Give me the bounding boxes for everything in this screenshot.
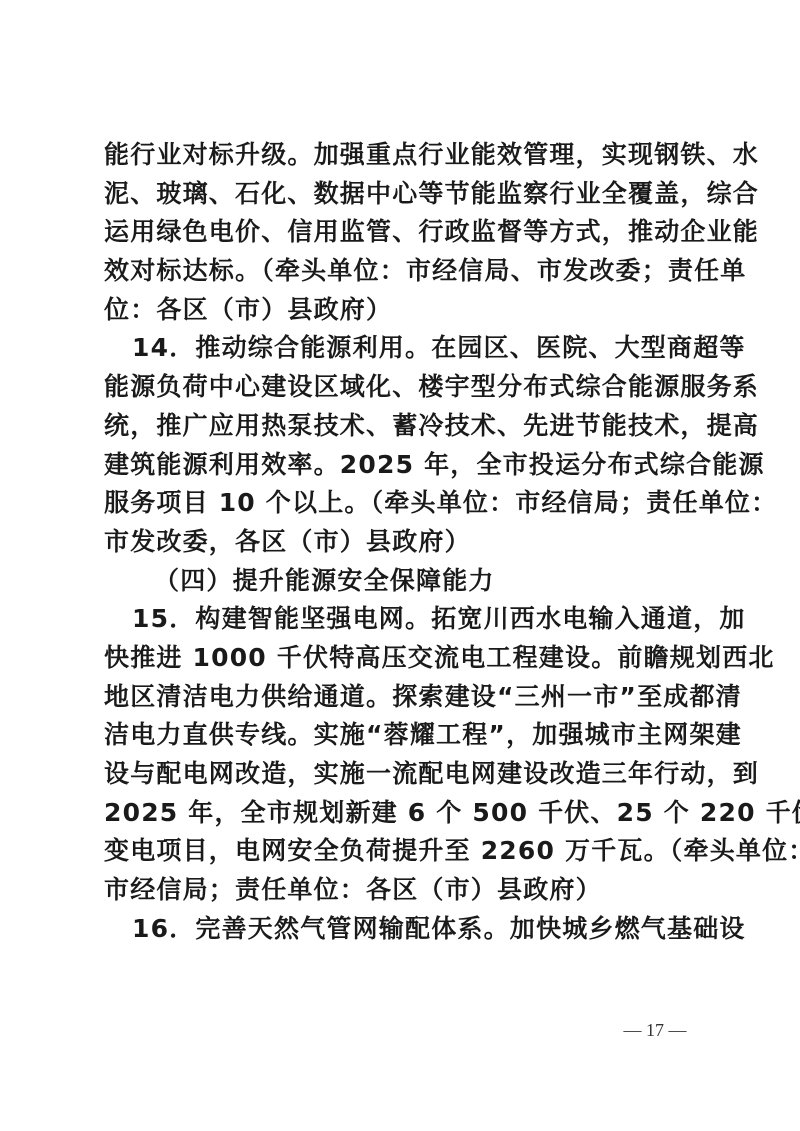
- text-line: 洁电力直供专线。实施“蓉耀工程”，加强城市主网架建: [104, 716, 700, 755]
- section-14-heading-line: 14．推动综合能源利用。在园区、医院、大型商超等: [104, 329, 700, 368]
- text-line: 建筑能源利用效率。2025 年，全市投运分布式综合能源: [104, 446, 700, 485]
- text-line: 统，推广应用热泵技术、蓄冷技术、先进节能技术，提高: [104, 407, 700, 446]
- text-line: 能行业对标升级。加强重点行业能效管理，实现钢铁、水: [104, 136, 700, 175]
- text-line: 变电项目，电网安全负荷提升至 2260 万千瓦。（牵头单位：: [104, 832, 700, 871]
- text-line: 运用绿色电价、信用监管、行政监督等方式，推动企业能: [104, 213, 700, 252]
- text-line: 效对标达标。（牵头单位：市经信局、市发改委；责任单: [104, 252, 700, 291]
- text-line: 市经信局；责任单位：各区（市）县政府）: [104, 871, 700, 910]
- text-line: 设与配电网改造，实施一流配电网建设改造三年行动，到: [104, 755, 700, 794]
- page-number: — 17 —: [600, 1020, 710, 1041]
- text-line: 地区清洁电力供给通道。探索建设“三州一市”至成都清: [104, 678, 700, 717]
- text-line: 市发改委，各区（市）县政府）: [104, 523, 700, 562]
- subsection-heading: （四）提升能源安全保障能力: [104, 562, 700, 601]
- text-line: 能源负荷中心建设区域化、楼宇型分布式综合能源服务系: [104, 368, 700, 407]
- text-line: 2025 年，全市规划新建 6 个 500 千伏、25 个 220 千伏输: [104, 794, 700, 833]
- text-line: 位：各区（市）县政府）: [104, 291, 700, 330]
- section-15-heading-line: 15．构建智能坚强电网。拓宽川西水电输入通道，加: [104, 600, 700, 639]
- text-line: 泥、玻璃、石化、数据中心等节能监察行业全覆盖，综合: [104, 175, 700, 214]
- text-line: 服务项目 10 个以上。（牵头单位：市经信局；责任单位：: [104, 484, 700, 523]
- text-line: 快推进 1000 千伏特高压交流电工程建设。前瞻规划西北: [104, 639, 700, 678]
- section-16-heading-line: 16．完善天然气管网输配体系。加快城乡燃气基础设: [104, 910, 700, 949]
- document-body: 能行业对标升级。加强重点行业能效管理，实现钢铁、水 泥、玻璃、石化、数据中心等节…: [104, 136, 700, 948]
